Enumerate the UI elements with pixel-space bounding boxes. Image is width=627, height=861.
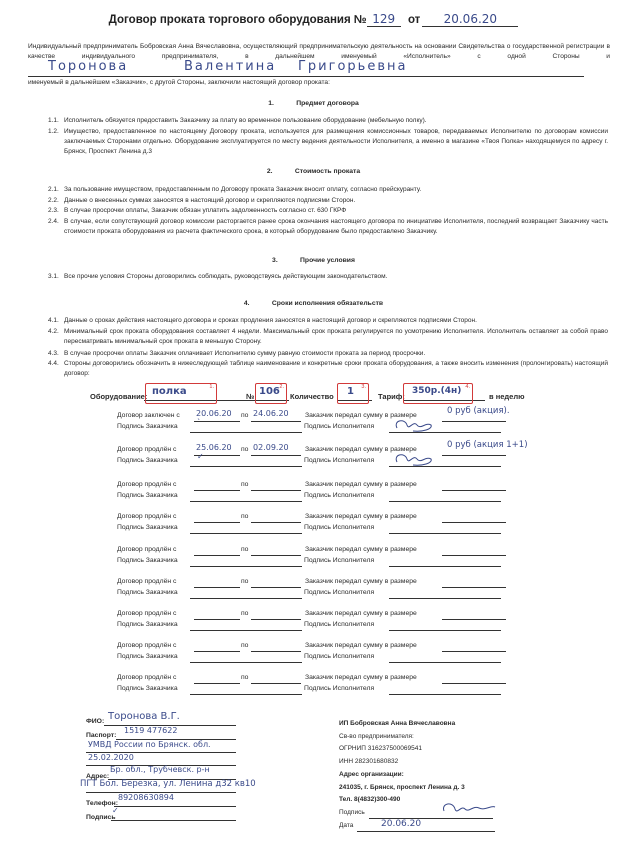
section-number: 4.	[244, 300, 272, 307]
row-start-label: Договор заключен с	[117, 412, 180, 419]
amount-label: Заказчик передал сумму в размере	[305, 642, 417, 649]
executor-sign-label: Подпись Исполнителя	[304, 557, 374, 564]
rental-row: Договор заключен с 20.06.20 по 24.06.20 …	[117, 412, 587, 442]
executor-sign-label: Подпись Исполнителя	[304, 457, 374, 464]
address-line-1: Бр. обл., Трубчевск. р-н	[110, 765, 210, 774]
rental-row: Договор продлён с по Заказчик передал су…	[117, 642, 587, 672]
equipment-label: Оборудование:	[90, 392, 147, 401]
number-label: №	[246, 392, 254, 401]
row-start-label: Договор продлён с	[117, 610, 176, 617]
clause: 4.4.Стороны договорились обозначить в ни…	[48, 359, 608, 379]
clause-text: В случае просрочки оплаты Заказчик оплач…	[64, 349, 608, 359]
clause-number: 4.2.	[48, 327, 64, 337]
to-label: по	[241, 446, 248, 453]
rental-row: Договор продлён с по Заказчик передал су…	[117, 674, 587, 704]
clause: 2.3.В случае просрочки оплаты, Заказчик …	[48, 206, 608, 216]
rental-row: Договор продлён с по Заказчик передал су…	[117, 546, 587, 576]
from-date: 25.06.20	[196, 443, 232, 452]
to-label: по	[241, 578, 248, 585]
row-start-label: Договор продлён с	[117, 642, 176, 649]
passport-label: Паспорт:	[86, 732, 116, 739]
clause: 2.2.Данные о внесенных суммах заносятся …	[48, 196, 608, 206]
amount-value: 0 руб (акция 1+1)	[447, 440, 528, 450]
customer-sign-field[interactable]	[190, 685, 302, 695]
executor-cert: Св-во предпринимателя:	[339, 731, 465, 744]
executor-ogrnip: ОГРНИП 316237500069541	[339, 743, 465, 756]
passport-issued: УМВД России по Брянск. обл.	[88, 740, 211, 749]
clause: 4.1.Данные о сроках действия настоящего …	[48, 316, 608, 326]
to-label: по	[241, 546, 248, 553]
intro-paragraph-2: именуемый в дальнейшем «Заказчик», с дру…	[28, 79, 330, 86]
section-title: Предмет договора	[296, 100, 359, 107]
executor-sign-field[interactable]	[389, 589, 501, 599]
customer-sign-label: Подпись Заказчика	[117, 492, 178, 499]
section-number: 2.	[267, 168, 295, 175]
passport-date: 25.02.2020	[88, 753, 134, 762]
clause-number: 1.2.	[48, 127, 64, 137]
customer-sign-field[interactable]	[111, 808, 236, 821]
clause-text: Стороны договорились обозначить в нижесл…	[64, 359, 608, 379]
executor-sign-field[interactable]	[389, 524, 501, 534]
customer-sign-mark: ✓	[112, 806, 119, 815]
customer-patronymic: Григорьевна	[298, 59, 407, 74]
date-label: от	[408, 14, 420, 26]
to-date-field[interactable]	[251, 642, 301, 652]
section-title: Стоимость проката	[295, 168, 360, 175]
executor-inn: ИНН 282301680832	[339, 756, 465, 769]
to-date: 02.09.20	[253, 443, 289, 452]
executor-sign-field[interactable]	[389, 685, 501, 695]
from-date-field[interactable]	[194, 481, 240, 491]
quantity-label: Количество	[290, 392, 334, 401]
customer-sign-label: Подпись Заказчика	[117, 524, 178, 531]
from-date-field[interactable]	[194, 610, 240, 620]
tariff-label: Тариф:	[378, 392, 405, 401]
clause: 1.2.Имущество, предоставленное по настоя…	[48, 127, 608, 157]
fio-value: Торонова В.Г.	[108, 711, 180, 722]
row-start-label: Договор продлён с	[117, 578, 176, 585]
to-date: 24.06.20	[253, 409, 289, 418]
clause-number: 1.1.	[48, 116, 64, 126]
amount-field[interactable]	[442, 513, 506, 523]
executor-signature-icon	[393, 450, 437, 468]
clause-number: 2.2.	[48, 196, 64, 206]
executor-sign-field[interactable]	[389, 492, 501, 502]
box-mark: 2.	[279, 384, 284, 390]
fio-label: ФИО:	[86, 718, 104, 725]
executor-details: ИП Бобровская Анна Вячеславовна Св-во пр…	[339, 718, 465, 832]
tariff-field[interactable]: 350р.(4н) 4.	[403, 383, 473, 404]
to-label: по	[241, 674, 248, 681]
box-mark: 3.	[361, 384, 366, 390]
to-label: по	[241, 513, 248, 520]
executor-sign-field[interactable]	[389, 653, 501, 663]
amount-field[interactable]	[442, 546, 506, 556]
clause-text: Имущество, предоставленное по настоящему…	[64, 127, 608, 157]
customer-sign-field[interactable]	[190, 457, 302, 467]
to-date-field[interactable]	[251, 578, 301, 588]
to-date-field[interactable]	[251, 513, 301, 523]
from-date-field[interactable]	[194, 674, 240, 684]
tariff-value: 350р.(4н)	[412, 386, 461, 396]
from-date-field[interactable]	[194, 546, 240, 556]
box-mark: 4.	[465, 384, 470, 390]
to-date-field[interactable]	[251, 546, 301, 556]
row-start-label: Договор продлён с	[117, 481, 176, 488]
section-title: Прочие условия	[300, 257, 355, 264]
customer-sign-mark: ˋ	[197, 418, 201, 427]
executor-address-label: Адрес организации:	[339, 769, 465, 782]
section-heading: 2.Стоимость проката	[0, 168, 627, 175]
equipment-value: полка	[152, 386, 187, 397]
address-line-2: ПГТ Бол. Березка, ул. Ленина д32 кв10	[80, 779, 256, 789]
executor-date-label: Дата	[339, 822, 353, 829]
amount-label: Заказчик передал сумму в размере	[305, 610, 417, 617]
customer-sign-field[interactable]	[190, 492, 302, 502]
amount-label: Заказчик передал сумму в размере	[305, 481, 417, 488]
customer-sign-field[interactable]	[190, 524, 302, 534]
clause-number: 2.3.	[48, 206, 64, 216]
clause-text: Минимальный срок проката оборудования со…	[64, 327, 608, 347]
contract-number[interactable]: 129	[367, 13, 401, 27]
from-date-field[interactable]	[194, 513, 240, 523]
title-text: Договор проката торгового оборудования №	[109, 14, 367, 26]
from-date: 20.06.20	[196, 409, 232, 418]
executor-signature-icon	[439, 799, 499, 819]
quantity-field[interactable]: 1 3.	[337, 383, 369, 404]
clause-number: 3.1.	[48, 272, 64, 282]
customer-sign-label: Подпись Заказчика	[117, 423, 178, 430]
amount-field[interactable]	[442, 578, 506, 588]
to-label: по	[241, 610, 248, 617]
box-mark: 1.	[209, 384, 214, 390]
customer-surname: Торонова	[48, 59, 128, 74]
rental-row: Договор продлён с по Заказчик передал су…	[117, 610, 587, 640]
customer-name-field[interactable]: Торонова Валентина Григорьевна	[28, 59, 584, 77]
executor-date-field[interactable]	[357, 820, 495, 832]
clause: 3.1.Все прочие условия Стороны договорил…	[48, 272, 608, 282]
clause-text: За пользование имуществом, предоставленн…	[64, 185, 608, 195]
contract-date[interactable]: 20.06.20	[422, 13, 518, 27]
executor-sign-label: Подпись Исполнителя	[304, 653, 374, 660]
customer-sign-label: Подпись Заказчика	[117, 621, 178, 628]
executor-sign-label: Подпись	[339, 809, 365, 816]
amount-value: 0 руб (акция).	[447, 406, 510, 416]
executor-sign-label: Подпись Исполнителя	[304, 492, 374, 499]
to-label: по	[241, 481, 248, 488]
equipment-field[interactable]: полка 1.	[145, 383, 217, 404]
row-start-label: Договор продлён с	[117, 674, 176, 681]
rental-row: Договор продлён с по Заказчик передал су…	[117, 513, 587, 543]
clause: 2.4.В случае, если сопутствующий договор…	[48, 217, 608, 237]
customer-sign-mark: ✓	[197, 452, 204, 461]
executor-signature-icon	[393, 416, 437, 434]
clause: 4.3.В случае просрочки оплаты Заказчик о…	[48, 349, 608, 359]
to-date-field[interactable]	[251, 610, 301, 620]
executor-sign-label: Подпись Исполнителя	[304, 524, 374, 531]
to-date-field[interactable]	[251, 674, 301, 684]
customer-sign-field[interactable]	[190, 557, 302, 567]
amount-label: Заказчик передал сумму в размере	[305, 674, 417, 681]
quantity-value: 1	[347, 386, 354, 397]
clause: 2.1.За пользование имуществом, предостав…	[48, 185, 608, 195]
section-number: 3.	[272, 257, 300, 264]
clause-text: Все прочие условия Стороны договорились …	[64, 272, 608, 282]
customer-sign-label: Подпись Заказчика	[117, 653, 178, 660]
document-title: Договор проката торгового оборудования №…	[0, 13, 627, 27]
tariff-suffix: в неделю	[489, 392, 525, 401]
amount-label: Заказчик передал сумму в размере	[305, 578, 417, 585]
customer-sign-label: Подпись Заказчика	[117, 457, 178, 464]
section-heading: 4.Сроки исполнения обязательств	[0, 300, 627, 307]
customer-sign-field[interactable]	[190, 423, 302, 433]
passport-value: 1519 477622	[124, 726, 177, 735]
clause-text: Данные о сроках действия настоящего дого…	[64, 316, 608, 326]
clause-number: 4.1.	[48, 316, 64, 326]
row-start-label: Договор продлён с	[117, 446, 176, 453]
executor-sign-label: Подпись Исполнителя	[304, 423, 374, 430]
customer-sign-field[interactable]	[190, 589, 302, 599]
clause-number: 2.4.	[48, 217, 64, 227]
from-date-field[interactable]	[194, 642, 240, 652]
row-start-label: Договор продлён с	[117, 546, 176, 553]
rental-row: Договор продлён с по Заказчик передал су…	[117, 578, 587, 608]
clause-number: 2.1.	[48, 185, 64, 195]
clause-number: 4.4.	[48, 359, 64, 369]
amount-label: Заказчик передал сумму в размере	[305, 513, 417, 520]
amount-field[interactable]	[442, 642, 506, 652]
number-value: 106	[259, 386, 280, 397]
amount-field[interactable]	[442, 674, 506, 684]
customer-sign-label: Подпись Заказчика	[117, 589, 178, 596]
executor-sign-field[interactable]	[389, 621, 501, 631]
clause-text: В случае просрочки оплаты, Заказчик обяз…	[64, 206, 608, 216]
amount-field[interactable]	[442, 610, 506, 620]
clause-text: В случае, если сопутствующий договор ком…	[64, 217, 608, 237]
executor-sign-label: Подпись Исполнителя	[304, 589, 374, 596]
section-title: Сроки исполнения обязательств	[272, 300, 383, 307]
section-heading: 1.Предмет договора	[0, 100, 627, 107]
to-label: по	[241, 412, 248, 419]
to-label: по	[241, 642, 248, 649]
executor-sign-label: Подпись Исполнителя	[304, 621, 374, 628]
from-date-field[interactable]	[194, 578, 240, 588]
customer-sign-field[interactable]	[190, 653, 302, 663]
rental-row: Договор продлён с 25.06.20 по 02.09.20 З…	[117, 446, 587, 476]
row-start-label: Договор продлён с	[117, 513, 176, 520]
customer-firstname: Валентина	[184, 59, 276, 74]
clause-text: Данные о внесенных суммах заносятся в на…	[64, 196, 608, 206]
clause-number: 4.3.	[48, 349, 64, 359]
clause: 1.1.Исполнитель обязуется предоставить З…	[48, 116, 608, 126]
amount-label: Заказчик передал сумму в размере	[305, 546, 417, 553]
section-number: 1.	[268, 100, 296, 107]
executor-name: ИП Бобровская Анна Вячеславовна	[339, 718, 465, 731]
phone-value: 89208630894	[118, 793, 174, 802]
amount-field[interactable]	[442, 481, 506, 491]
number-field[interactable]: 106 2.	[255, 383, 287, 404]
clause: 4.2.Минимальный срок проката оборудовани…	[48, 327, 608, 347]
clause-text: Исполнитель обязуется предоставить Заказ…	[64, 116, 608, 126]
customer-sign-label: Подпись Заказчика	[117, 685, 178, 692]
section-heading: 3.Прочие условия	[0, 257, 627, 264]
executor-date: 20.06.20	[381, 818, 421, 831]
executor-sign-field[interactable]	[389, 557, 501, 567]
customer-sign-label: Подпись Заказчика	[117, 557, 178, 564]
customer-sign-field[interactable]	[190, 621, 302, 631]
to-date-field[interactable]	[251, 481, 301, 491]
executor-address: 241035, г. Брянск, проспект Ленина д. 3	[339, 782, 465, 795]
rental-row: Договор продлён с по Заказчик передал су…	[117, 481, 587, 511]
executor-sign-label: Подпись Исполнителя	[304, 685, 374, 692]
